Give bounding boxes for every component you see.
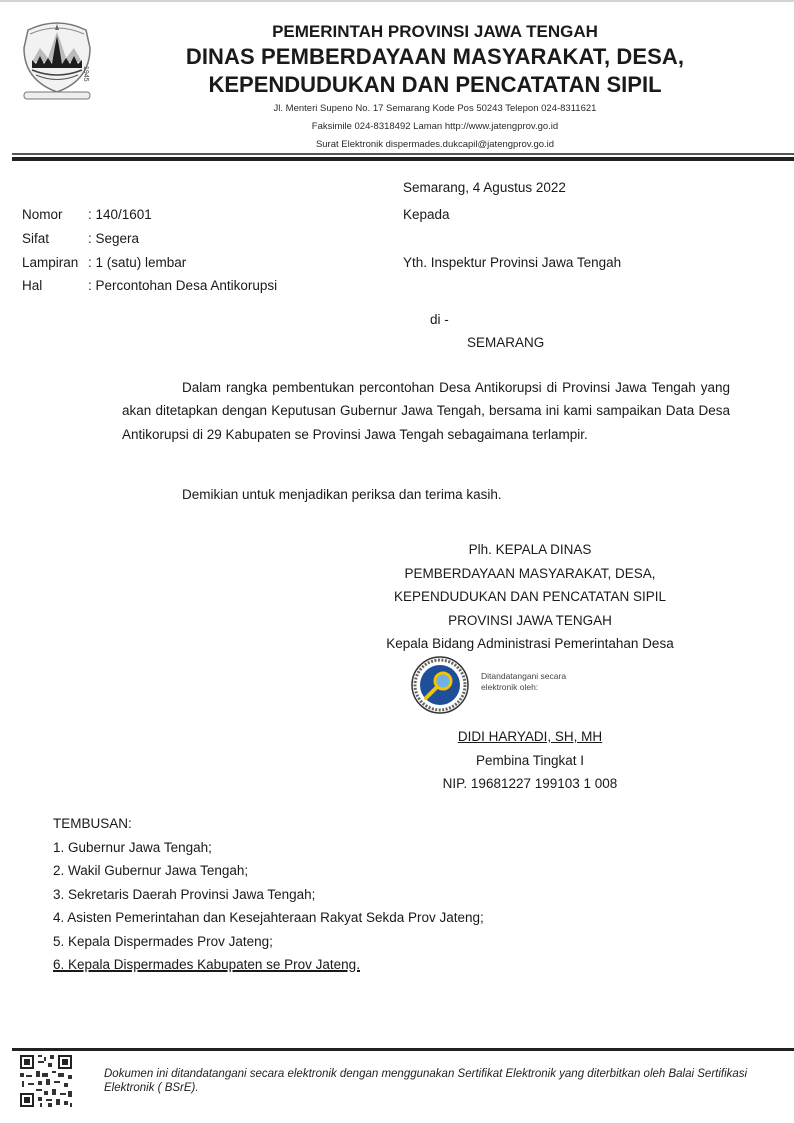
signature-title-2: PEMBERDAYAAN MASYARAKAT, DESA, (320, 562, 740, 586)
meta-value: : 1 (satu) lembar (88, 255, 186, 270)
signatory: DIDI HARYADI, SH, MH Pembina Tingkat I N… (320, 725, 740, 796)
meta-value: : 140/1601 (88, 207, 152, 222)
list-item: 1. Gubernur Jawa Tengah; (53, 836, 484, 860)
list-item: 5. Kepala Dispermades Prov Jateng; (53, 930, 484, 954)
letterhead-agency-line1: DINAS PEMBERDAYAAN MASYARAKAT, DESA, (130, 44, 740, 70)
svg-text:1945: 1945 (82, 66, 89, 82)
letterhead-address: Jl. Menteri Supeno No. 17 Semarang Kode … (130, 103, 740, 114)
list-item: 3. Sekretaris Daerah Provinsi Jawa Tenga… (53, 883, 484, 907)
meta-row-hal: Hal: Percontohan Desa Antikorupsi (22, 278, 277, 293)
letterhead-fax-web: Faksimile 024-8318492 Laman http://www.j… (130, 121, 740, 132)
qr-code-icon (18, 1053, 74, 1109)
provincial-emblem-icon: 1945 (18, 18, 96, 102)
signature-title-5: Kepala Bidang Administrasi Pemerintahan … (320, 632, 740, 656)
footer-certificate-note: Dokumen ini ditandatangani secara elektr… (104, 1068, 794, 1095)
recipient-name: Yth. Inspektur Provinsi Jawa Tengah (403, 255, 621, 270)
signature-title-3: KEPENDUDUKAN DAN PENCATATAN SIPIL (320, 585, 740, 609)
meta-row-lampiran: Lampiran: 1 (satu) lembar (22, 255, 186, 270)
electronic-signature-note: Ditandatangani secara elektronik oleh: (481, 671, 591, 693)
meta-label: Lampiran (22, 255, 88, 270)
signature-title-4: PROVINSI JAWA TENGAH (320, 609, 740, 633)
meta-label: Sifat (22, 231, 88, 246)
meta-value: : Percontohan Desa Antikorupsi (88, 278, 277, 293)
list-item: 6. Kepala Dispermades Kabupaten se Prov … (53, 957, 360, 972)
letterhead-government: PEMERINTAH PROVINSI JAWA TENGAH (130, 22, 740, 42)
footer-divider (12, 1048, 794, 1051)
meta-label: Hal (22, 278, 88, 293)
meta-value: : Segera (88, 231, 139, 246)
letterhead-email: Surat Elektronik dispermades.dukcapil@ja… (130, 139, 740, 150)
recipient-di: di - (430, 312, 449, 327)
meta-row-nomor: Nomor: 140/1601 (22, 207, 152, 222)
signatory-nip: NIP. 19681227 199103 1 008 (320, 772, 740, 796)
tembusan-heading: TEMBUSAN: (53, 812, 484, 836)
recipient-city: SEMARANG (467, 335, 544, 350)
recipient-kepada: Kepada (403, 207, 450, 222)
body-paragraph-2: Demikian untuk menjadikan periksa dan te… (122, 483, 730, 506)
letterhead-divider (12, 153, 794, 161)
signatory-rank: Pembina Tingkat I (320, 749, 740, 773)
list-item: 2. Wakil Gubernur Jawa Tengah; (53, 859, 484, 883)
body-paragraph-1: Dalam rangka pembentukan percontohan Des… (122, 376, 730, 446)
signatory-name: DIDI HARYADI, SH, MH (458, 729, 602, 744)
place-date: Semarang, 4 Agustus 2022 (403, 180, 566, 195)
signature-title-1: Plh. KEPALA DINAS (320, 538, 740, 562)
letterhead-agency-line2: KEPENDUDUKAN DAN PENCATATAN SIPIL (130, 72, 740, 98)
tembusan-list: TEMBUSAN: 1. Gubernur Jawa Tengah; 2. Wa… (53, 812, 484, 977)
list-item: 4. Asisten Pemerintahan dan Kesejahteraa… (53, 906, 484, 930)
meta-row-sifat: Sifat: Segera (22, 231, 139, 246)
meta-label: Nomor (22, 207, 88, 222)
signature-titles: Plh. KEPALA DINAS PEMBERDAYAAN MASYARAKA… (320, 538, 740, 656)
bsre-seal-icon (410, 655, 470, 715)
